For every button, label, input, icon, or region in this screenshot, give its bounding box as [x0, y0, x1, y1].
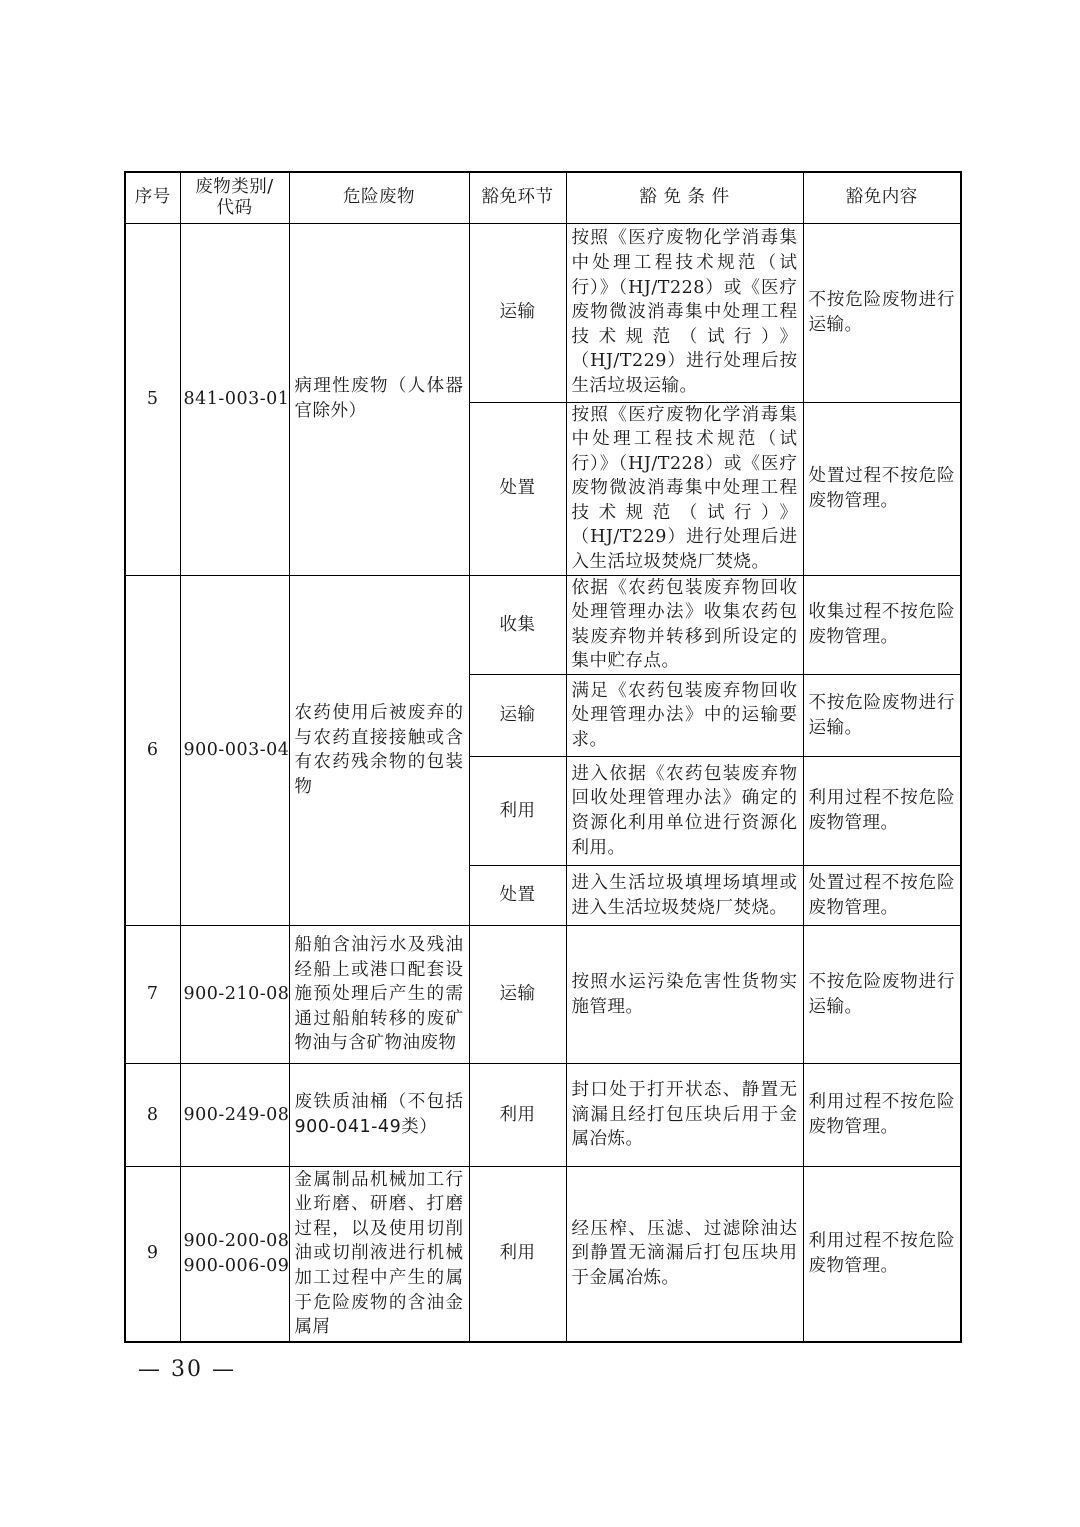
waste-description: 废铁质油桶（不包括900-041-49类）: [289, 1064, 469, 1167]
exempt-content: 收集过程不按危险废物管理。: [803, 575, 961, 674]
waste-code: 841-003-01: [180, 223, 289, 575]
exempt-condition: 封口处于打开状态、静置无滴漏且经打包压块后用于金属冶炼。: [566, 1064, 803, 1167]
waste-code: 900-210-08: [180, 926, 289, 1064]
table-header-row: 序号 废物类别/代码 危险废物 豁免环节 豁 免 条 件 豁免内容: [125, 172, 961, 223]
exempt-stage: 运输: [469, 675, 566, 757]
exempt-condition: 经压榨、压滤、过滤除油达到静置无滴漏后打包压块用于金属冶炼。: [566, 1167, 803, 1342]
serial-no: 8: [125, 1064, 180, 1167]
exempt-condition: 按照《医疗废物化学消毒集中处理工程技术规范（试行）》（HJ/T228）或《医疗废…: [566, 223, 803, 402]
exempt-content: 处置过程不按危险废物管理。: [803, 866, 961, 926]
waste-description: 金属制品机械加工行业珩磨、研磨、打磨过程，以及使用切削油或切削液进行机械加工过程…: [289, 1167, 469, 1342]
exempt-condition: 依据《农药包装废弃物回收处理管理办法》收集农药包装废弃物并转移到所设定的集中贮存…: [566, 575, 803, 674]
table-row: 5 841-003-01 病理性废物（人体器官除外） 运输 按照《医疗废物化学消…: [125, 223, 961, 402]
waste-description: 农药使用后被废弃的与农药直接接触或含有农药残余物的包装物: [289, 575, 469, 925]
exempt-content: 利用过程不按危险废物管理。: [803, 757, 961, 866]
header-waste-code: 废物类别/代码: [180, 172, 289, 223]
serial-no: 7: [125, 926, 180, 1064]
header-exempt-condition: 豁 免 条 件: [566, 172, 803, 223]
waste-code-1: 900-200-08: [184, 1231, 290, 1251]
exempt-content: 不按危险废物进行运输。: [803, 675, 961, 757]
exempt-condition: 按照水运污染危害性货物实施管理。: [566, 926, 803, 1064]
page-number: — 30 —: [138, 1357, 236, 1382]
table-row: 6 900-003-04 农药使用后被废弃的与农药直接接触或含有农药残余物的包装…: [125, 575, 961, 674]
exempt-content: 利用过程不按危险废物管理。: [803, 1064, 961, 1167]
exempt-stage: 利用: [469, 757, 566, 866]
exempt-stage: 处置: [469, 866, 566, 926]
header-code-line1: 废物类别/: [195, 177, 273, 197]
table-row: 8 900-249-08 废铁质油桶（不包括900-041-49类） 利用 封口…: [125, 1064, 961, 1167]
serial-no: 5: [125, 223, 180, 575]
table-row: 9 900-200-08900-006-09 金属制品机械加工行业珩磨、研磨、打…: [125, 1167, 961, 1342]
exempt-content: 利用过程不按危险废物管理。: [803, 1167, 961, 1342]
header-exempt-stage: 豁免环节: [469, 172, 566, 223]
exempt-condition: 进入生活垃圾填埋场填埋或进入生活垃圾焚烧厂焚烧。: [566, 866, 803, 926]
header-hazardous-waste: 危险废物: [289, 172, 469, 223]
header-exempt-content: 豁免内容: [803, 172, 961, 223]
exempt-stage: 处置: [469, 402, 566, 575]
waste-code: 900-249-08: [180, 1064, 289, 1167]
exempt-stage: 运输: [469, 223, 566, 402]
exempt-stage: 收集: [469, 575, 566, 674]
exempt-condition: 按照《医疗废物化学消毒集中处理工程技术规范（试行）》（HJ/T228）或《医疗废…: [566, 402, 803, 575]
exempt-stage: 运输: [469, 926, 566, 1064]
exempt-condition: 进入依据《农药包装废弃物回收处理管理办法》确定的资源化利用单位进行资源化利用。: [566, 757, 803, 866]
header-code-line2: 代码: [217, 198, 253, 218]
serial-no: 6: [125, 575, 180, 925]
exempt-condition: 满足《农药包装废弃物回收处理管理办法》中的运输要求。: [566, 675, 803, 757]
table-row: 7 900-210-08 船舶含油污水及残油经船上或港口配套设施预处理后产生的需…: [125, 926, 961, 1064]
exempt-content: 不按危险废物进行运输。: [803, 223, 961, 402]
exempt-stage: 利用: [469, 1167, 566, 1342]
header-serial-no: 序号: [125, 172, 180, 223]
waste-codes: 900-200-08900-006-09: [180, 1167, 289, 1342]
waste-description: 船舶含油污水及残油经船上或港口配套设施预处理后产生的需通过船舶转移的废矿物油与含…: [289, 926, 469, 1064]
serial-no: 9: [125, 1167, 180, 1342]
exempt-stage: 利用: [469, 1064, 566, 1167]
hazardous-waste-exemption-table: 序号 废物类别/代码 危险废物 豁免环节 豁 免 条 件 豁免内容 5 841-…: [124, 171, 962, 1343]
waste-code: 900-003-04: [180, 575, 289, 925]
waste-code-2: 900-006-09: [184, 1256, 290, 1276]
exempt-content: 不按危险废物进行运输。: [803, 926, 961, 1064]
exempt-content: 处置过程不按危险废物管理。: [803, 402, 961, 575]
waste-description: 病理性废物（人体器官除外）: [289, 223, 469, 575]
